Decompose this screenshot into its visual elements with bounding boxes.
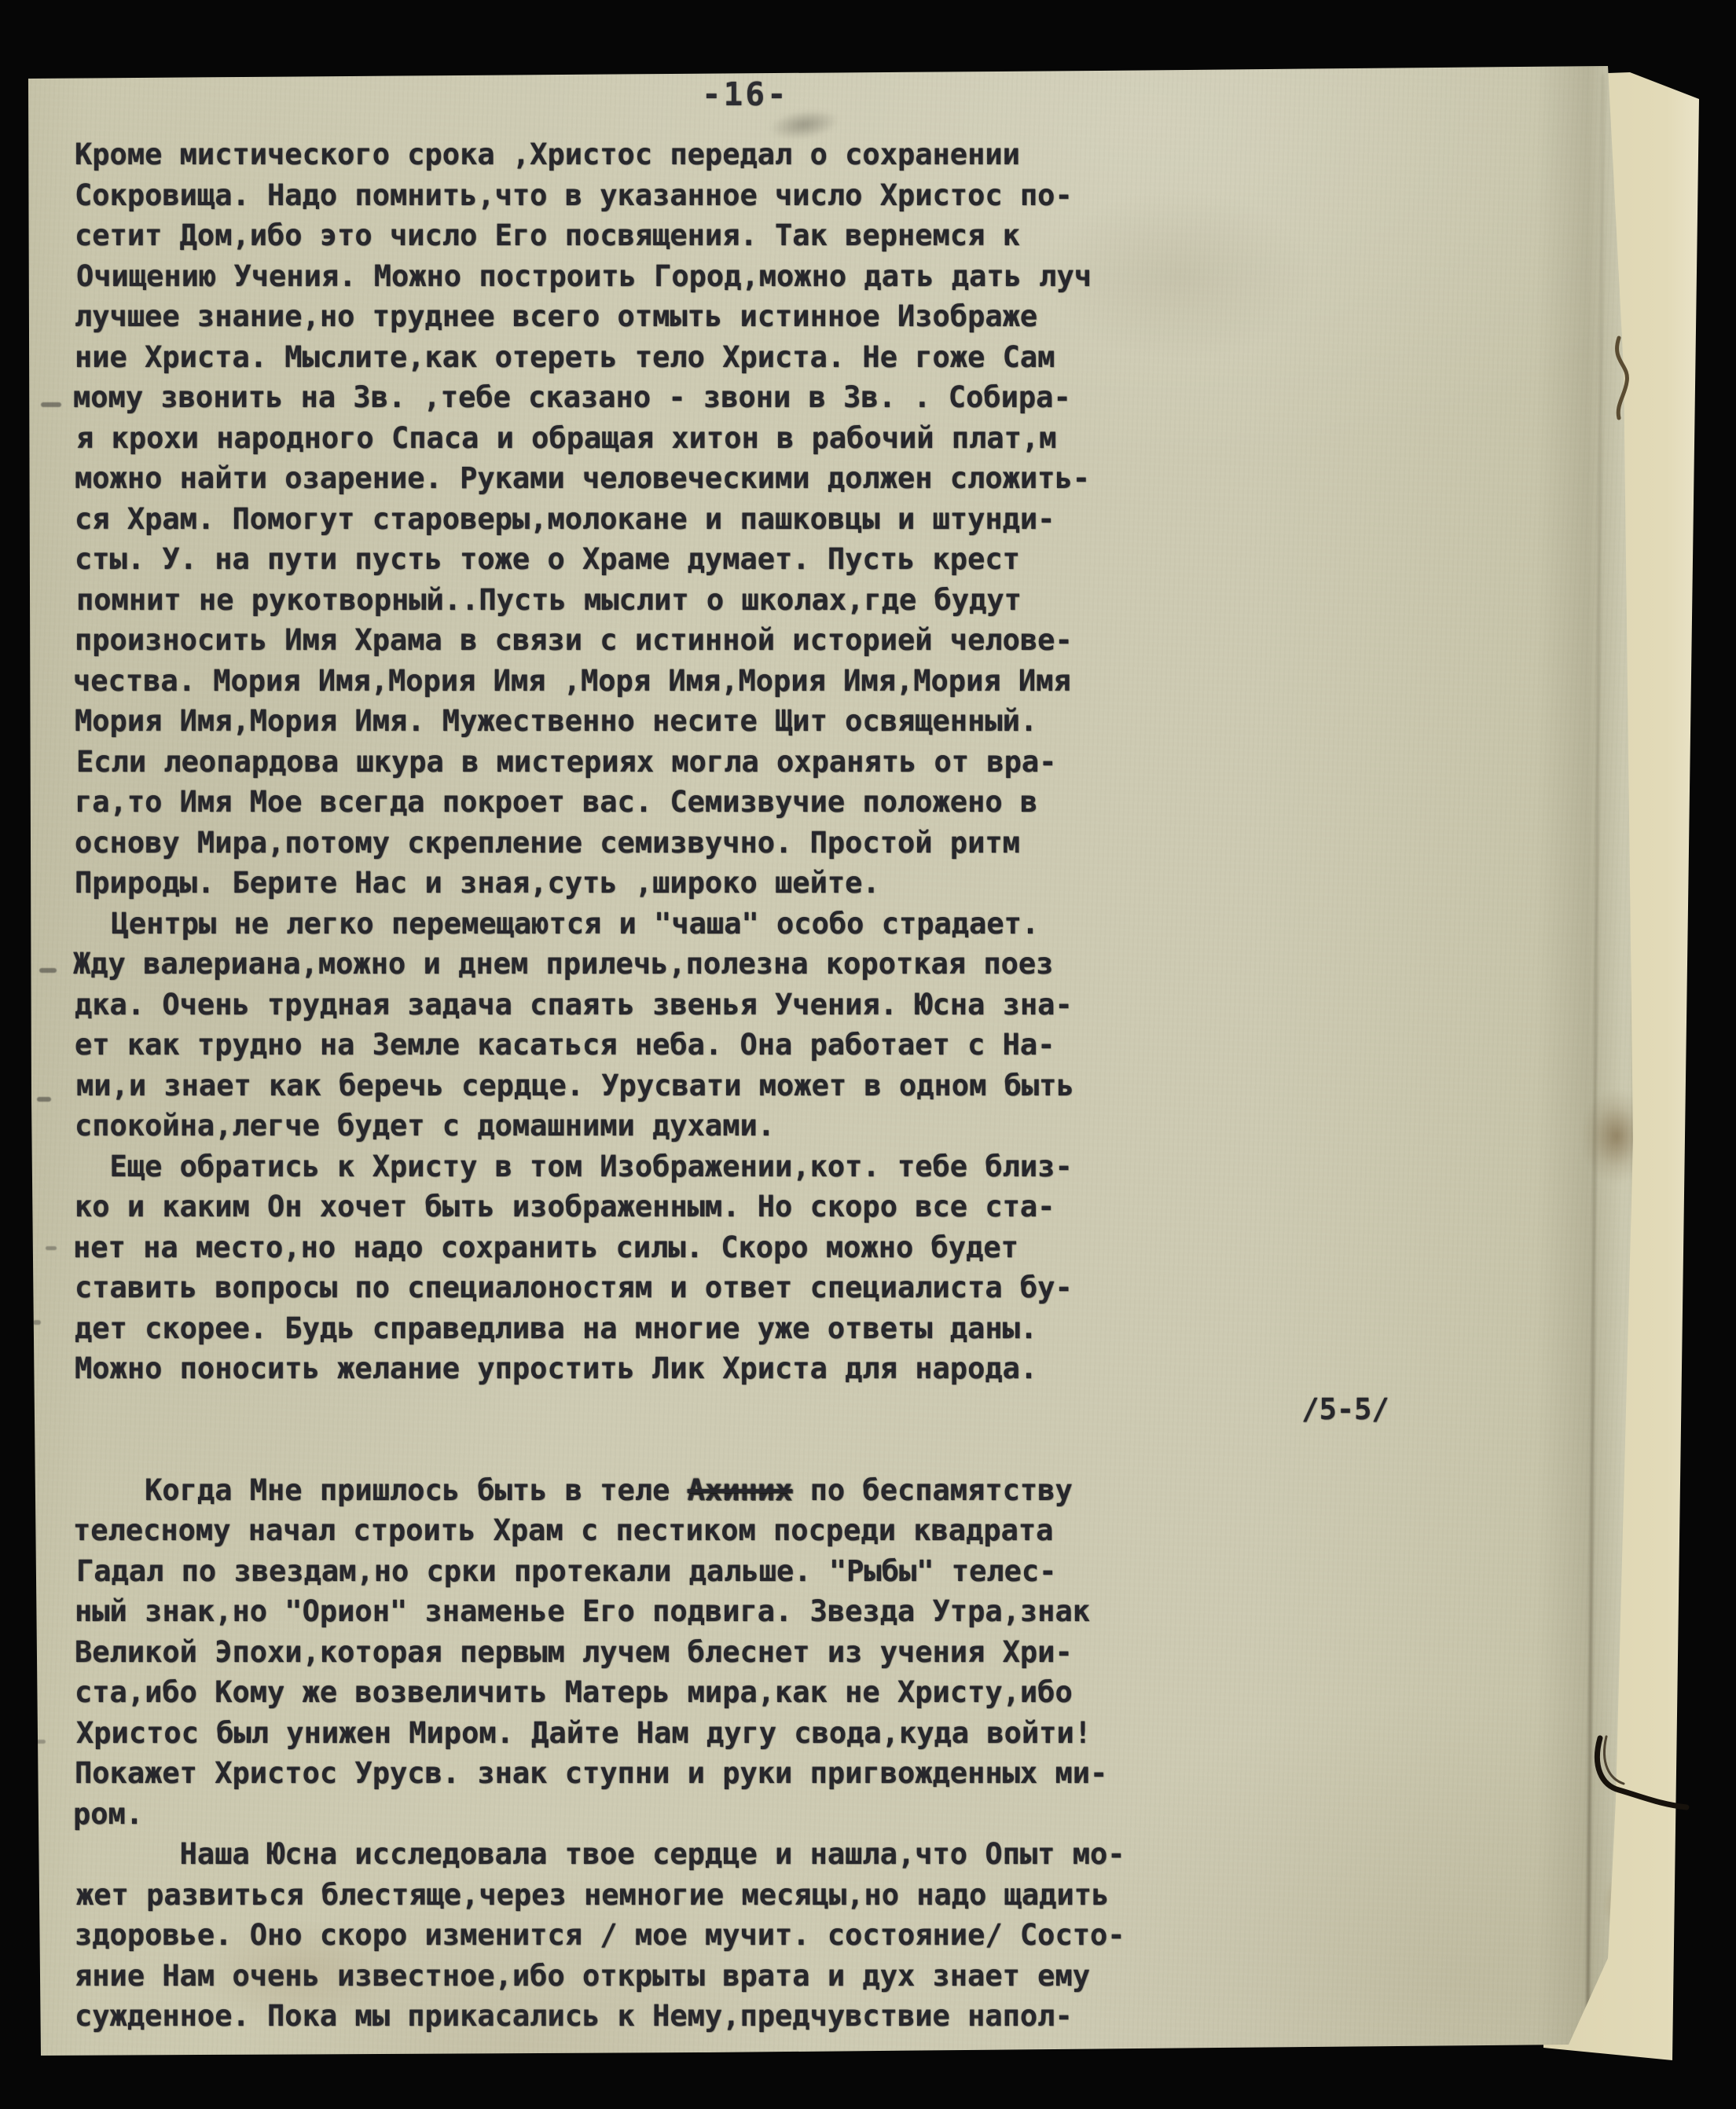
margin-mark [37,1097,51,1102]
text-line: Когда Мне пришлось быть в теле Ахиних по… [75,1470,1568,1511]
text-line: сужденное. Пока мы прикасались к Нему,пр… [75,1996,1568,2037]
text-line: Великой Эпохи,которая первым лучем блесн… [75,1632,1568,1673]
text-line: Гадал по звездам,но срки протекали дальш… [76,1551,1569,1592]
text-line: лучшее знание,но труднее всего отмыть ис… [75,296,1568,337]
margin-mark [35,1740,46,1744]
margin-mark [33,1320,41,1325]
text-line: сетит Дом,ибо это число Его посвящения. … [75,215,1568,256]
text-line: чества. Мория Имя,Мория Имя ,Моря Имя,Мо… [73,661,1566,702]
margin-mark [41,402,61,407]
text-line: сты. У. на пути пусть тоже о Храме думае… [75,539,1568,580]
text-line: ми,и знает как беречь сердце. Урусвати м… [76,1066,1569,1106]
typewritten-text: Кроме мистического срока ,Христос переда… [75,134,1568,2037]
text-line: ние Христа. Мыслите,как отереть тело Хри… [75,337,1568,378]
typewritten-page: -16- Кроме мистического срока ,Христос п… [0,0,1736,2109]
text-line: яние Нам очень известное,ибо открыты вра… [75,1956,1568,1997]
margin-mark [39,968,57,973]
text-line: жет развиться блестяще,через немногие ме… [76,1875,1569,1916]
text-line: Еще обратись к Христу в том Изображении,… [75,1146,1568,1187]
text-line: произносить Имя Храма в связи с истинной… [75,620,1568,661]
text-line: Центры не легко перемещаются и "чаша" ос… [76,904,1569,944]
text-line: Кроме мистического срока ,Христос переда… [75,134,1568,175]
text-line: Если леопардова шкура в мистериях могла … [76,742,1569,783]
text-line: основу Мира,потому скрепление семизвучно… [75,823,1568,864]
document-scan: -16- Кроме мистического срока ,Христос п… [0,0,1736,2109]
margin-mark [46,1246,57,1250]
text-line: ет как трудно на Земле касаться неба. Он… [75,1025,1568,1066]
text-line: га,то Имя Мое всегда покроет вас. Семизв… [75,782,1568,823]
text-line: ставить вопросы по специалоностям и отве… [75,1267,1568,1308]
text-line: Христос был унижен Миром. Дайте Нам дугу… [76,1713,1569,1754]
text-line: ко и каким Он хочет быть изображенным. Н… [75,1187,1568,1227]
text-line: Сокровища. Надо помнить,что в указанное … [75,175,1568,216]
text-line: Мория Имя,Мория Имя. Мужественно несите … [75,701,1568,742]
struck-word: Ахиних [688,1473,793,1507]
text-line: Жду валериана,можно и днем прилечь,полез… [73,944,1566,985]
text-line: Природы. Берите Нас и зная,суть ,широко … [75,863,1568,904]
text-line: ста,ибо Кому же возвеличить Матерь мира,… [75,1672,1568,1713]
text-line: Можно поносить желание упростить Лик Хри… [75,1348,1568,1389]
text-line: ром. [73,1794,1566,1835]
text-line: нет на место,но надо сохранить силы. Ско… [73,1227,1566,1268]
text-line: Наша Юсна исследовала твое сердце и нашл… [75,1834,1568,1875]
text-line: Покажет Христос Урусв. знак ступни и рук… [75,1753,1568,1794]
text-line: здоровье. Оно скоро изменится / мое мучи… [75,1915,1568,1956]
text-line: я крохи народного Спаса и обращая хитон … [76,418,1569,459]
text-line: дет скорее. Будь справедлива на многие у… [75,1308,1568,1349]
text-line: можно найти озарение. Руками человечески… [75,458,1568,499]
text-line: ный знак,но "Орион" знаменье Его подвига… [75,1591,1568,1632]
text-line: помнит не рукотворный..Пусть мыслит о шк… [76,580,1569,621]
text-line: спокойна,легче будет с домашними духами. [75,1106,1568,1146]
text-line: дка. Очень трудная задача спаять звенья … [75,985,1568,1025]
text-line: Очищению Учения. Можно построить Город,м… [76,256,1569,297]
text-line: мому звонить на Зв. ,тебе сказано - звон… [73,377,1566,418]
text-line: телесному начал строить Храм с пестиком … [73,1510,1566,1551]
text-line [75,1429,1568,1470]
text-line: ся Храм. Помогут староверы,молокане и па… [75,499,1568,540]
text-line: /5-5/ [76,1389,1569,1430]
